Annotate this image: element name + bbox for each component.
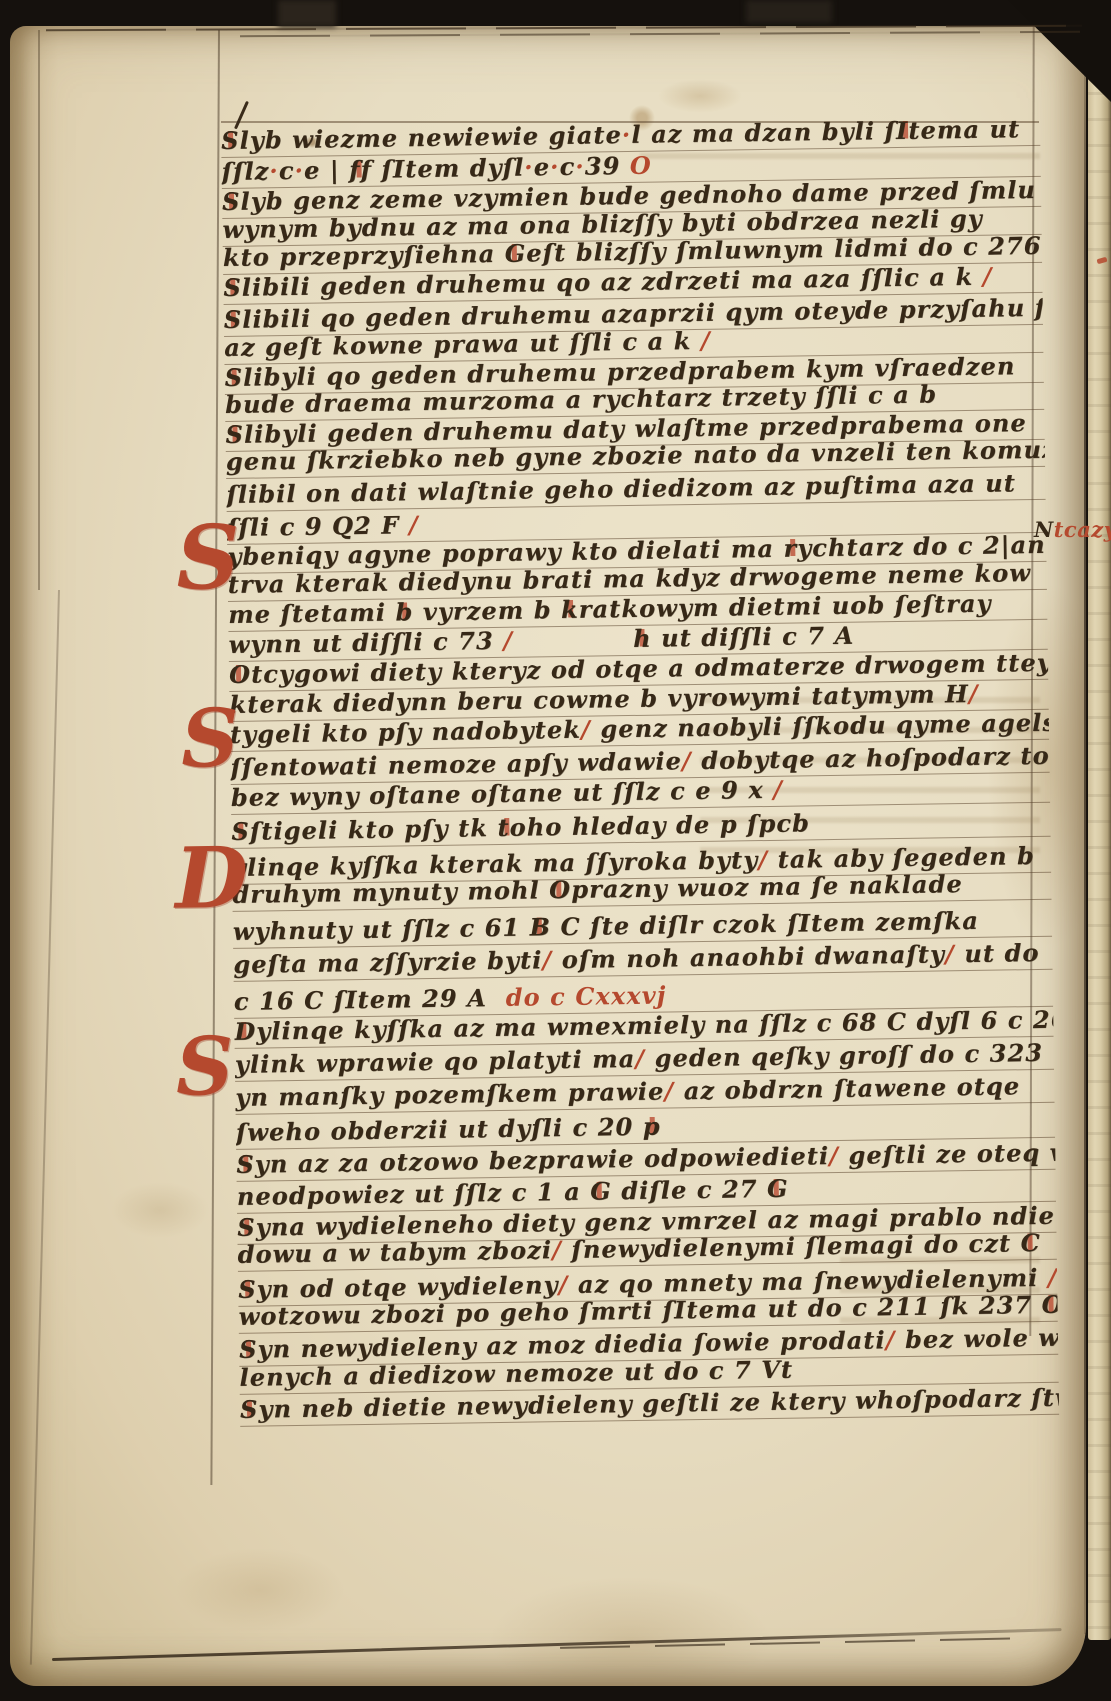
rubric-text-segment: / [1048,1263,1058,1292]
ink-text-segment: geſta ma zſſyrzie byti [233,945,542,979]
rubricated-initial-letter: G [767,1174,789,1203]
photograph-stage: Slyb wiezme newiewie giate·l az ma dzan … [0,0,1111,1701]
rubric-text-segment: / [829,1141,839,1170]
rubricated-initial-letter: S [236,1150,255,1179]
ink-text-segment: oſm noh anaohbi dwanaſty [552,939,945,974]
rubricated-initial-letter: B [529,912,551,941]
ink-text-segment: druhym mynuty mohl [232,875,549,909]
rubricated-initial-letter: S [221,126,240,155]
drop-cap-initial: D [175,838,249,919]
rubricated-initial-letter: S [222,187,241,216]
ink-text-segment: az obdrzn ſtawene otqe [674,1071,1020,1105]
ink-text-segment: bez wole wydie [895,1323,1058,1354]
drop-cap-initial: S [175,1028,234,1105]
ink-text-segment: kto przeprzyſiehna [223,239,505,272]
ink-text-segment: vyrzem b [413,595,561,626]
ink-text-segment: tygeli kto pſy nadobytek [230,715,581,749]
rubricated-initial-letter: h [633,624,652,653]
rubric-text-segment: / [409,510,419,539]
ink-text-segment: oho hleday de p ſpcb [509,808,810,841]
ink-text-segment: e [534,152,551,181]
ink-text-segment: ratkowym dietmi uob ſeſtray [579,589,992,624]
ink-text-segment: c 16 C ſItem 29 A [234,983,506,1016]
ink-text-segment: dobytqe az hoſpodarz toho [692,741,1050,775]
rubric-text-segment: / [973,262,993,291]
ink-text-segment: c [279,156,295,185]
rubricated-initial-letter: C [1020,1228,1041,1257]
ink-text-segment: ſſli c 9 Q2 F [227,510,409,542]
marginal-note: Ntcazy [1034,517,1111,542]
ink-text-segment: e | [304,155,350,185]
rubricated-initial-letter: k [561,595,579,624]
ink-text-segment: dowu a w tabym zbozi [237,1235,552,1269]
line-gap [513,647,633,649]
rubricated-initial-letter: S [224,363,243,392]
ink-text-segment: wyhnuty ut ſſlz c 61 [233,913,530,946]
rubricated-initial-letter: O [1041,1290,1057,1319]
rubric-text-segment: / [664,1076,674,1105]
ink-text-segment: wynn ut diſſli c 73 [228,626,503,659]
rubricated-initial-letter: b [395,597,413,626]
rubricated-initial-letter: O [229,660,251,689]
rubric-text-segment: tcazy [1054,517,1111,542]
ink-text-segment: c [559,152,575,181]
rubricated-initial-letter: S [240,1395,259,1424]
rubricated-initial-letter: G [504,239,526,268]
ink-text-segment: ylink wprawie qo platyti ma [235,1044,636,1079]
rubricated-initial-letter: S [237,1213,256,1242]
ink-text-segment: geſtli ze oteq vmrze [839,1138,1056,1170]
ink-text-segment: ſnewydielenymi ſlemagi do czt [562,1228,1021,1264]
rubricated-initial-letter: G [590,1176,612,1205]
rubric-text-segment: / [885,1325,895,1354]
ink-text-segment: prazny wuoz ma ſe naklade [571,869,963,904]
rubricated-initial-letter: D [234,1017,256,1046]
rubricated-initial-letter: ff [349,155,372,184]
drop-cap-initial: S [176,516,241,601]
ink-text-segment: ut diſſli c 7 A [651,621,854,653]
rubric-text-segment: / [969,679,979,708]
ink-text-segment: neodpowiez ut ſſlz c 1 a [237,1177,591,1211]
ink-text-segment: me ſtetami [228,597,396,628]
rubricated-initial-letter: t [497,813,510,842]
rubric-text-segment: / [701,326,711,355]
rubric-text-segment: / [773,775,783,804]
ink-text-segment: yn manſky pozemſkem prawie [235,1077,664,1112]
rubricated-initial-letter: S [225,420,244,449]
ink-text-segment: ſweho obderzii ut dyſli c 20 [236,1112,643,1147]
rubric-text-segment: / [503,626,513,655]
rubricated-initial-letter: S [223,273,242,302]
text-block: Slyb wiezme newiewie giate·l az ma dzan … [0,0,1111,1701]
rubricated-initial-letter: S [238,1275,257,1304]
rubric-text-segment: / [542,945,552,974]
rubricated-initial-letter: I [896,116,909,145]
ink-text-segment: ut do [955,938,1040,968]
ink-text-segment: 39 [585,151,630,181]
ink-text-segment: tema ut [908,114,1020,145]
rubricated-initial-letter: S [224,305,243,334]
rubric-text-segment: O [630,151,652,180]
ink-text-segment: diſle c 27 [612,1174,768,1205]
ink-text-segment: ſItem dyſl [372,153,525,184]
rubric-text-segment: / [945,939,955,968]
ink-text-segment: lyb wiezme newiewie giate [239,120,622,155]
rubric-text-segment: / [581,715,591,744]
ink-text-segment: ſſlz [221,156,269,186]
rubricated-initial-letter: S [239,1335,258,1364]
ink-text-segment: geden qeſky groſſ do c 323 [645,1038,1043,1073]
rubric-text-segment: · [550,152,560,181]
ink-text-segment: ſtigeli kto pſy tk [250,813,498,846]
ink-text-segment: genz naobyli ſſkodu qyme agels [591,708,1049,744]
rubricated-initial-letter: r [783,534,797,563]
drop-cap-initial: S [180,700,239,777]
ink-text-segment: C ſte diſlr czok ſItem zemſka [551,906,979,941]
ink-text-segment: N [1034,517,1054,542]
rubric-text-segment: do c Cxxxvj [506,981,667,1012]
ink-text-segment: l az ma dzan byli ſ [631,116,896,149]
rubricated-initial-letter: O [549,875,571,904]
rubricated-initial-letter: p [643,1112,661,1141]
